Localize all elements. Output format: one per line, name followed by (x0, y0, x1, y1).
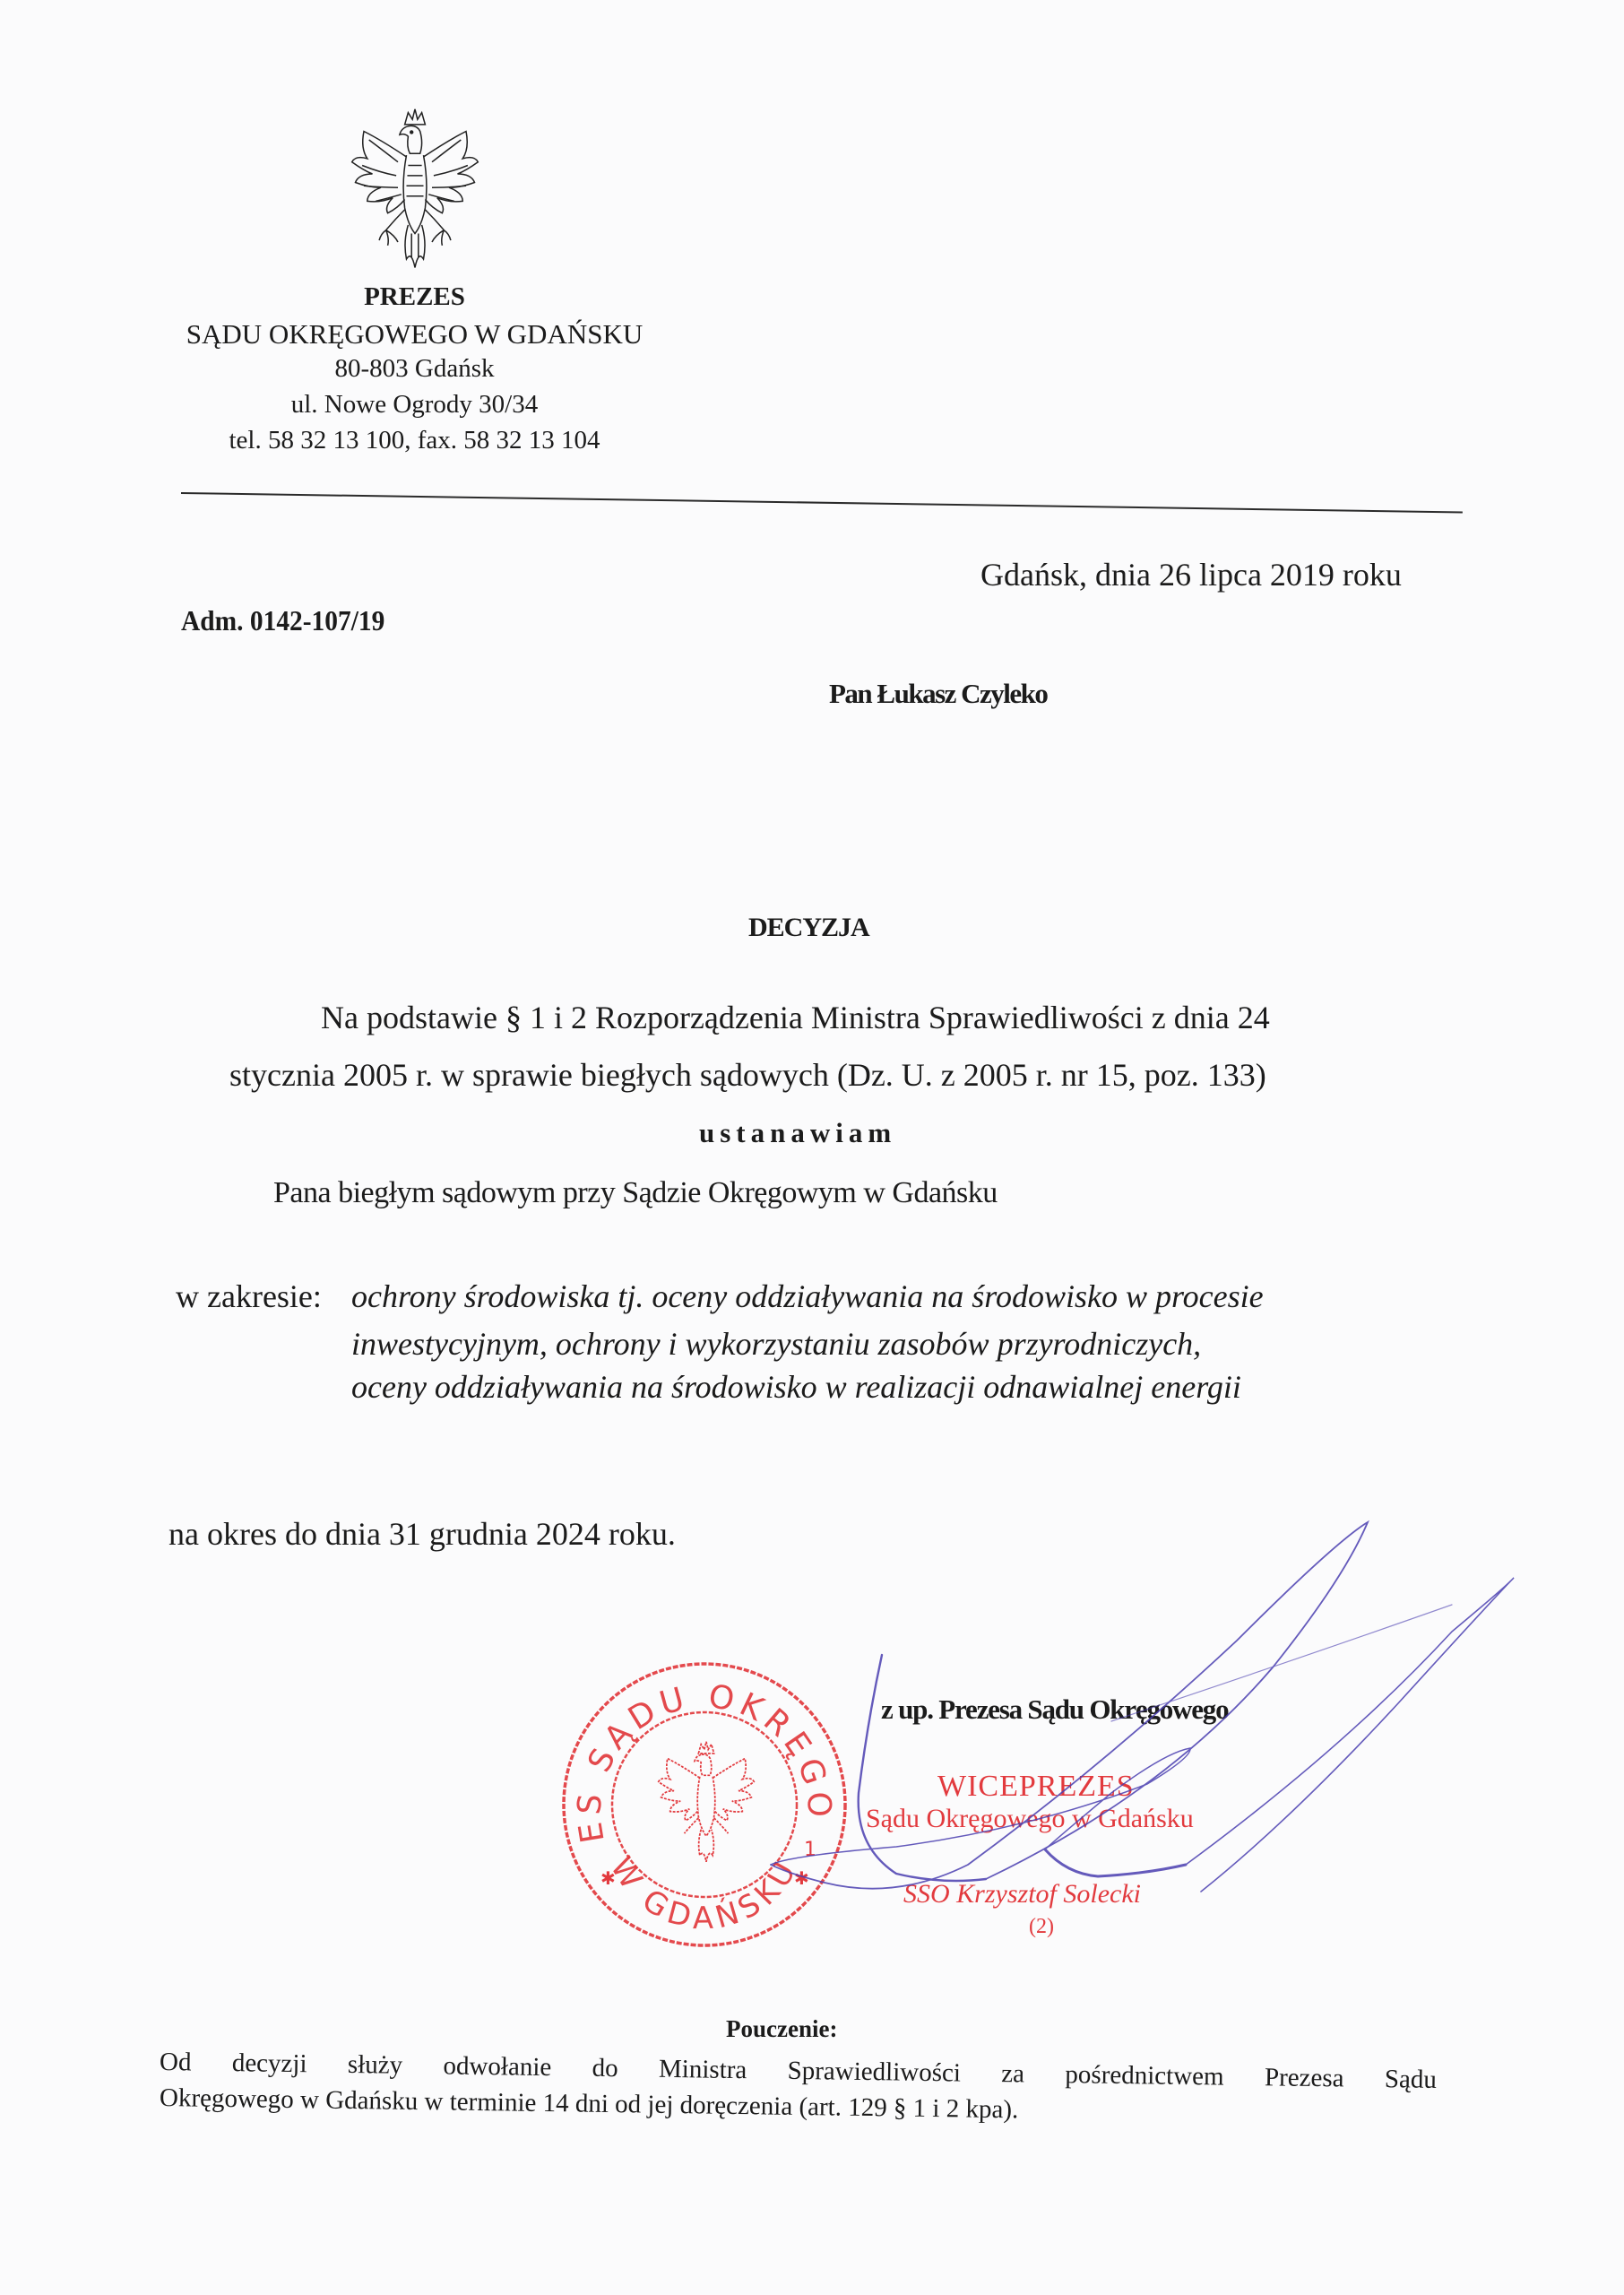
issuer-street: ul. Nowe Ogrody 30/34 (125, 392, 704, 418)
appointment-text: Pana biegłym sądowym przy Sądzie Okręgow… (273, 1176, 998, 1210)
polish-eagle-emblem-icon (330, 106, 500, 276)
signatory-authority: z up. Prezesa Sądu Okręgowego (881, 1693, 1228, 1726)
scope-line: oceny oddziaływania na środowisko w real… (351, 1368, 1241, 1406)
recipient: Pan Łukasz Czyleko (829, 678, 1047, 710)
place-date: Gdańsk, dnia 26 lipca 2019 roku (980, 556, 1402, 593)
name-stamp-number: (2) (1029, 1915, 1054, 1939)
issuer-title: PREZES (125, 284, 704, 310)
issuer-phone-fax: tel. 58 32 13 100, fax. 58 32 13 104 (125, 428, 704, 454)
name-stamp-name: SSO Krzysztof Solecki (903, 1879, 1141, 1910)
name-stamp-court: Sądu Okręgowego w Gdańsku (866, 1804, 1194, 1834)
seal-eagle-icon (659, 1742, 755, 1862)
scope-line: inwestycyjnym, ochrony i wykorzystaniu z… (351, 1325, 1201, 1363)
scope-label: w zakresie: (176, 1277, 322, 1315)
notice-title: Pouczenie: (726, 2015, 837, 2043)
header-divider (181, 492, 1463, 513)
validity-period: na okres do dnia 31 grudnia 2024 roku. (168, 1515, 676, 1553)
legal-basis-line-2: stycznia 2005 r. w sprawie biegłych sądo… (229, 1056, 1266, 1094)
seal-number: 1 (804, 1839, 816, 1861)
document-title: DECYZJA (748, 913, 869, 943)
decision-verb: ustanawiam (699, 1117, 896, 1149)
name-stamp-title: WICEPREZES (937, 1770, 1135, 1804)
svg-text:✱: ✱ (794, 1867, 809, 1889)
svg-text:✱: ✱ (600, 1867, 616, 1889)
scope-line: ochrony środowiska tj. oceny oddziaływan… (351, 1277, 1264, 1315)
seal-bottom-text: W GDAŃSKU (603, 1851, 806, 1936)
issuer-postal: 80-803 Gdańsk (125, 356, 704, 382)
reference-number: Adm. 0142-107/19 (181, 604, 384, 637)
issuer-court: SĄDU OKRĘGOWEGO W GDAŃSKU (125, 320, 704, 348)
legal-basis-line-1: Na podstawie § 1 i 2 Rozporządzenia Mini… (321, 999, 1270, 1036)
seal-outer-text: PREZES SĄDU OKRĘGOWEGO (0, 0, 838, 1846)
